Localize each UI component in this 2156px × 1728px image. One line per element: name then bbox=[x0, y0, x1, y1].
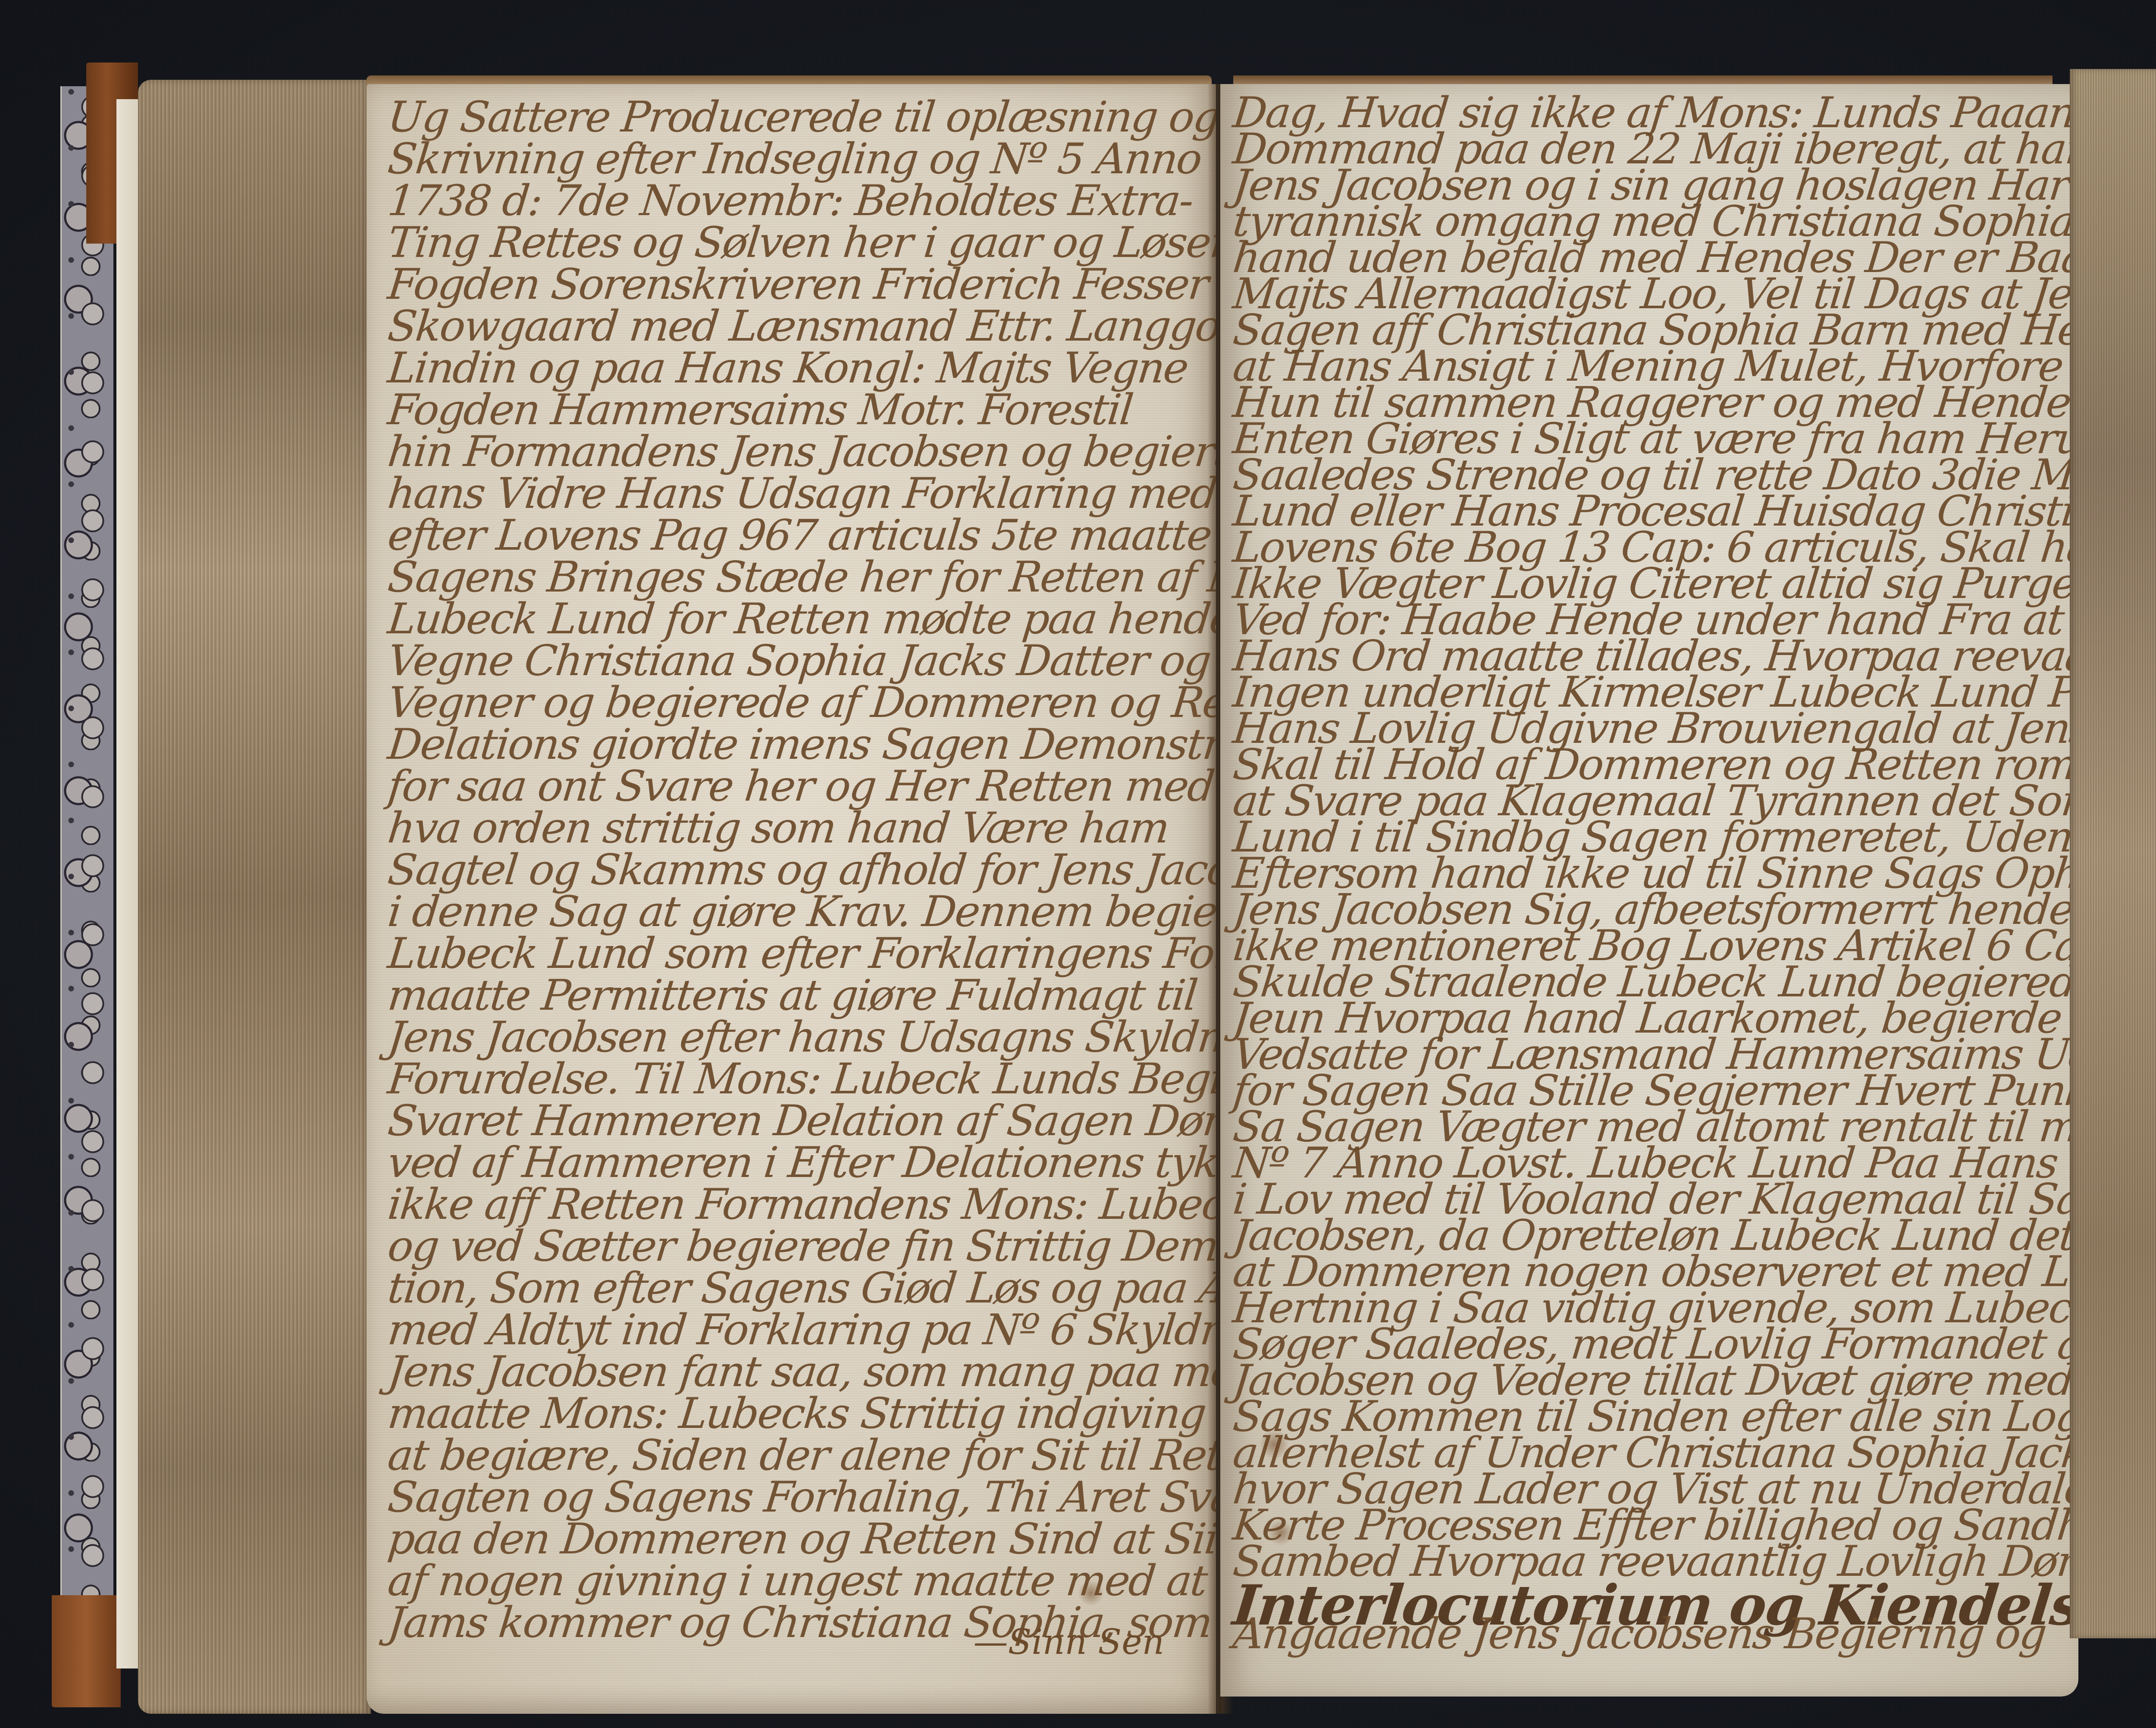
right-fore-edge-stack bbox=[2070, 69, 2156, 1638]
right-page: Dag, Hvad sig ikke af Mons: Lunds Paaank… bbox=[1220, 84, 2078, 1697]
ink-stain bbox=[1259, 1429, 1289, 1459]
leather-corner-bottom bbox=[52, 1595, 121, 1707]
marbled-cover-paper bbox=[60, 86, 113, 1660]
catchword: —Sinn Sen bbox=[973, 1622, 1164, 1662]
manuscript-line: Angaaende Jens Jacobsens Begiering og bbox=[1220, 1609, 2078, 1659]
ink-stain bbox=[1078, 1580, 1104, 1606]
left-page: Ug Sattere Producerede til oplæsning og … bbox=[367, 84, 1216, 1714]
ink-stain bbox=[1268, 1520, 1294, 1546]
flyleaf bbox=[116, 99, 138, 1669]
left-fore-edge-stack bbox=[138, 80, 371, 1714]
manuscript-scan: Ug Sattere Producerede til oplæsning og … bbox=[0, 0, 2156, 1728]
